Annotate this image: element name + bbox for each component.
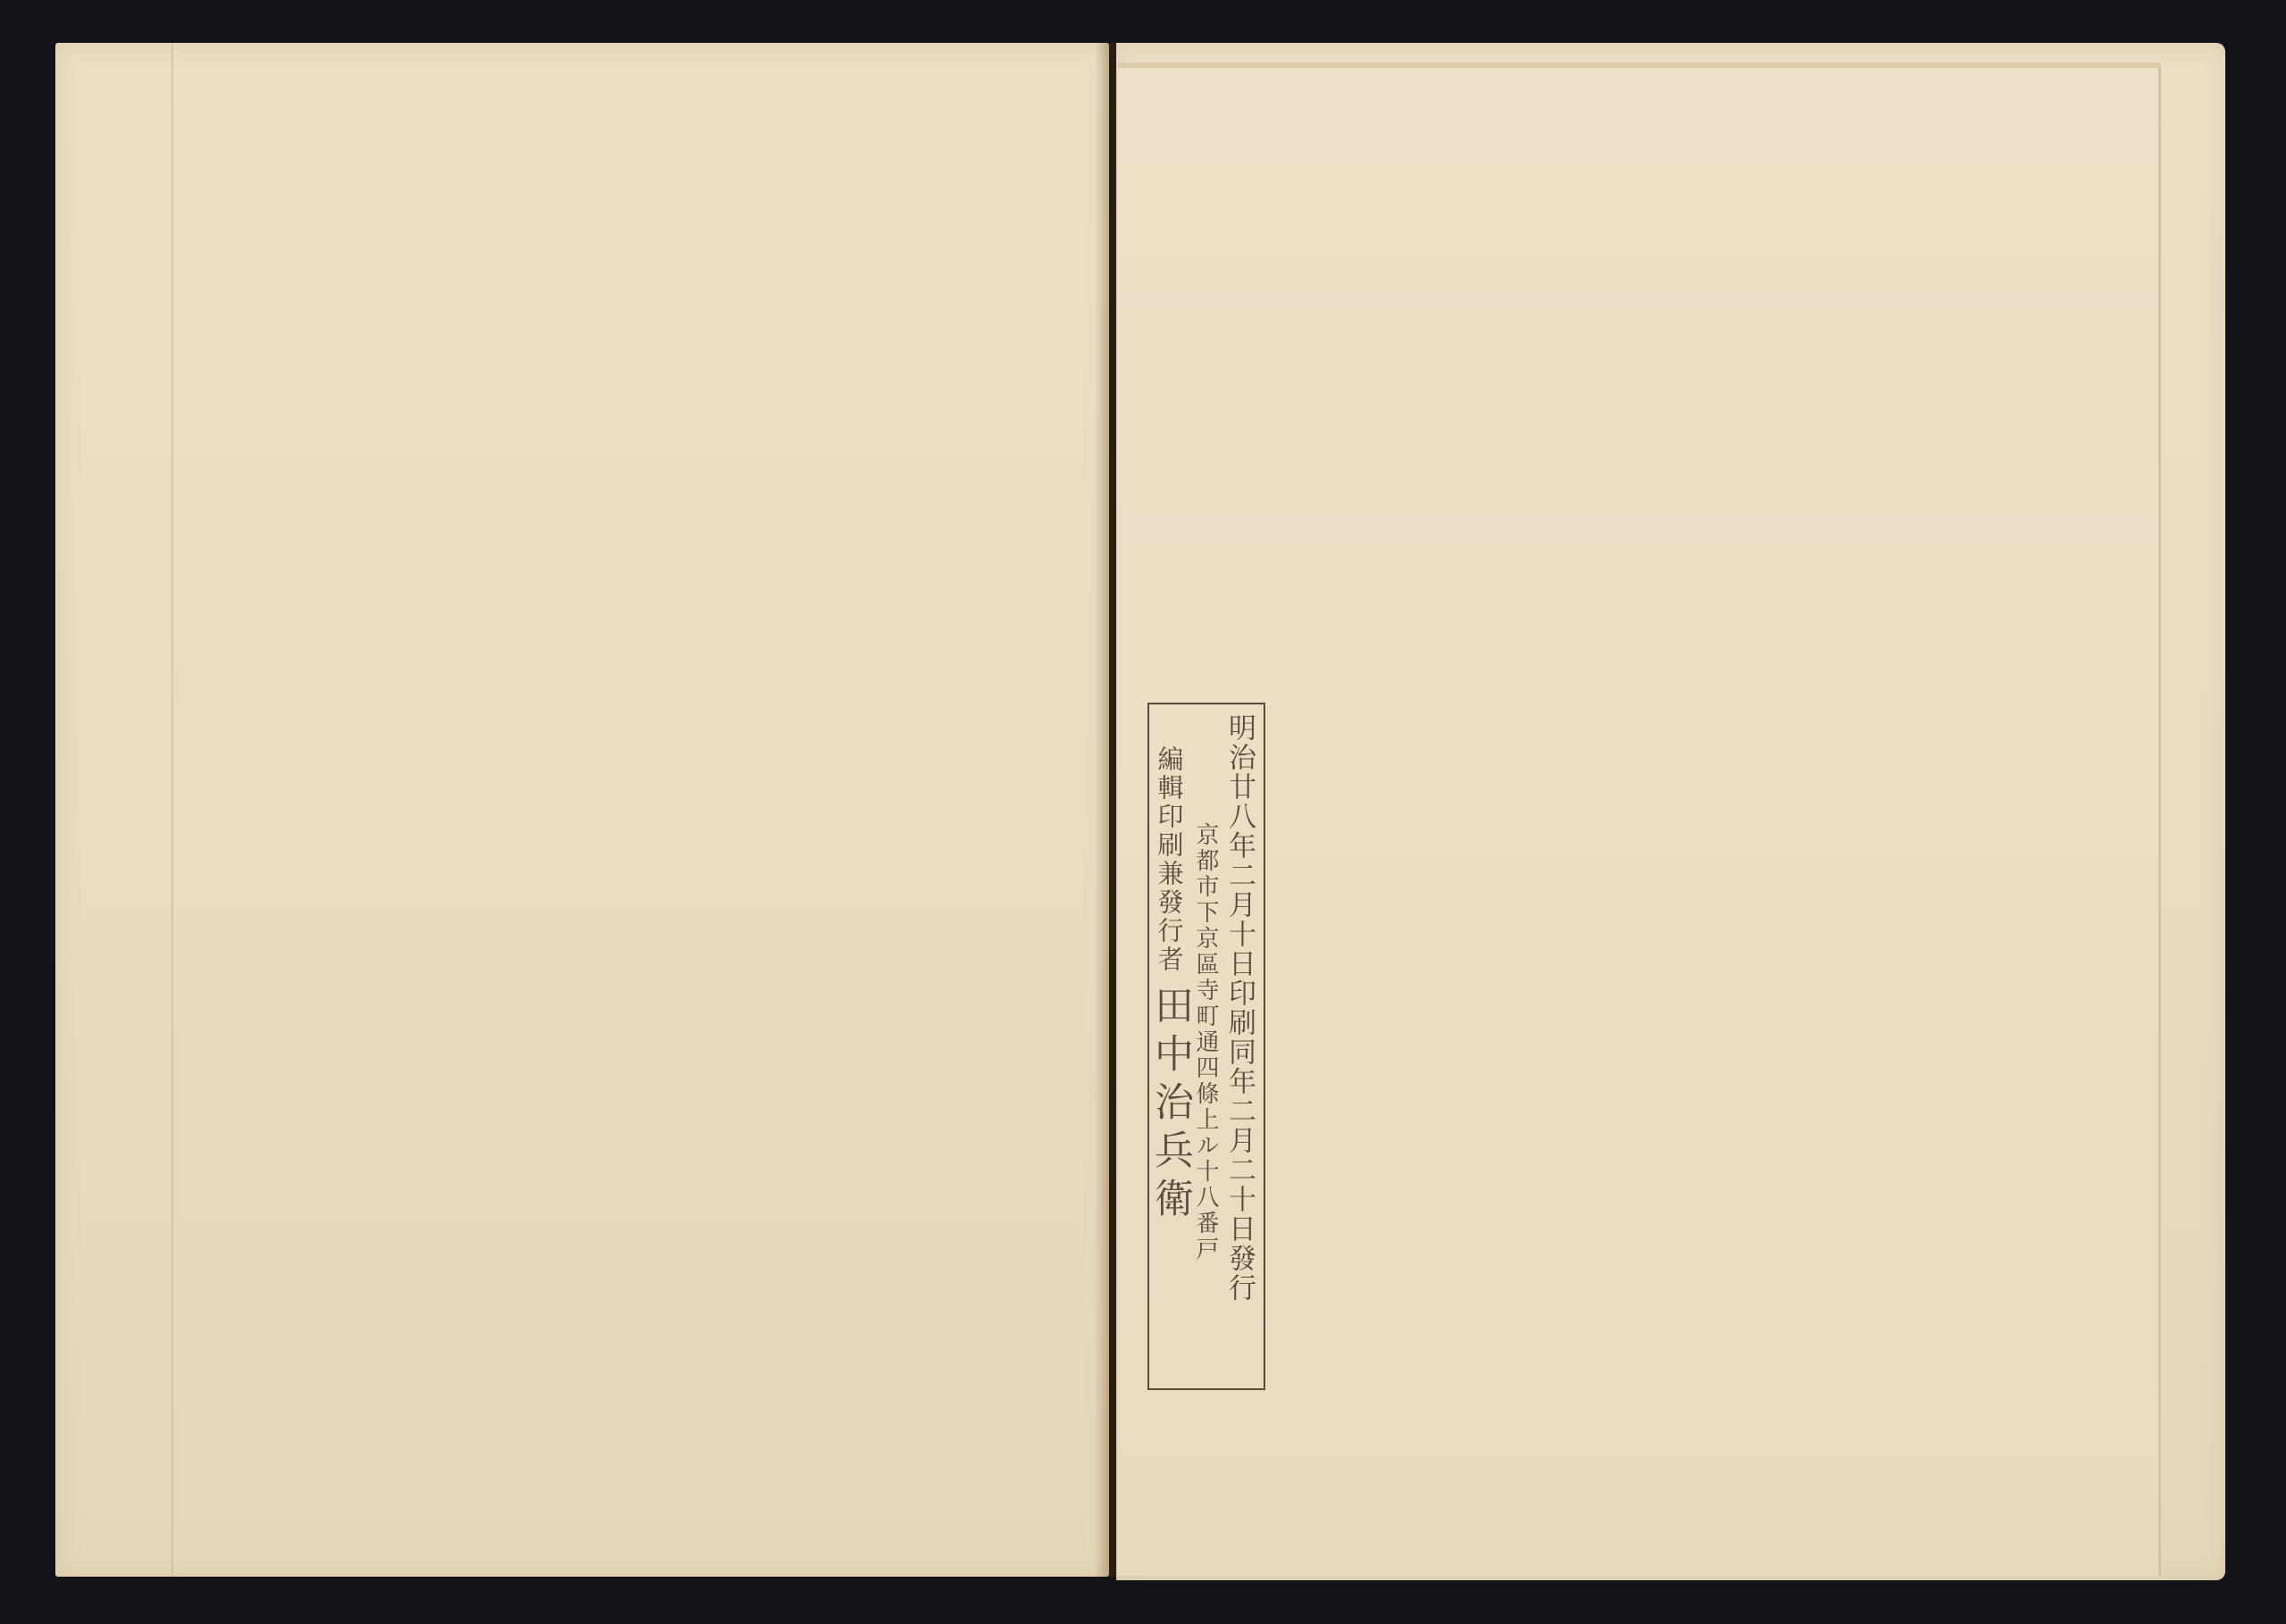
colophon-role: 編輯印刷兼發行者 xyxy=(1152,710,1189,974)
spine-shadow xyxy=(1095,43,1109,1577)
colophon-publisher: 編輯印刷兼發行者 田中治兵衛 xyxy=(1149,710,1190,1383)
right-inner-leaf xyxy=(1118,62,2161,1576)
colophon-address: 京都市下京區寺町通四條上ル十八番戸 xyxy=(1192,710,1222,1383)
colophon-box: 明治廿八年二月十日印刷同年二月二十日發行 京都市下京區寺町通四條上ル十八番戸 編… xyxy=(1147,703,1265,1390)
left-page xyxy=(55,43,1109,1577)
book-gutter xyxy=(1109,43,1116,1577)
colophon-date: 明治廿八年二月十日印刷同年二月二十日發行 xyxy=(1224,710,1260,1383)
page-fold-line xyxy=(171,43,173,1577)
